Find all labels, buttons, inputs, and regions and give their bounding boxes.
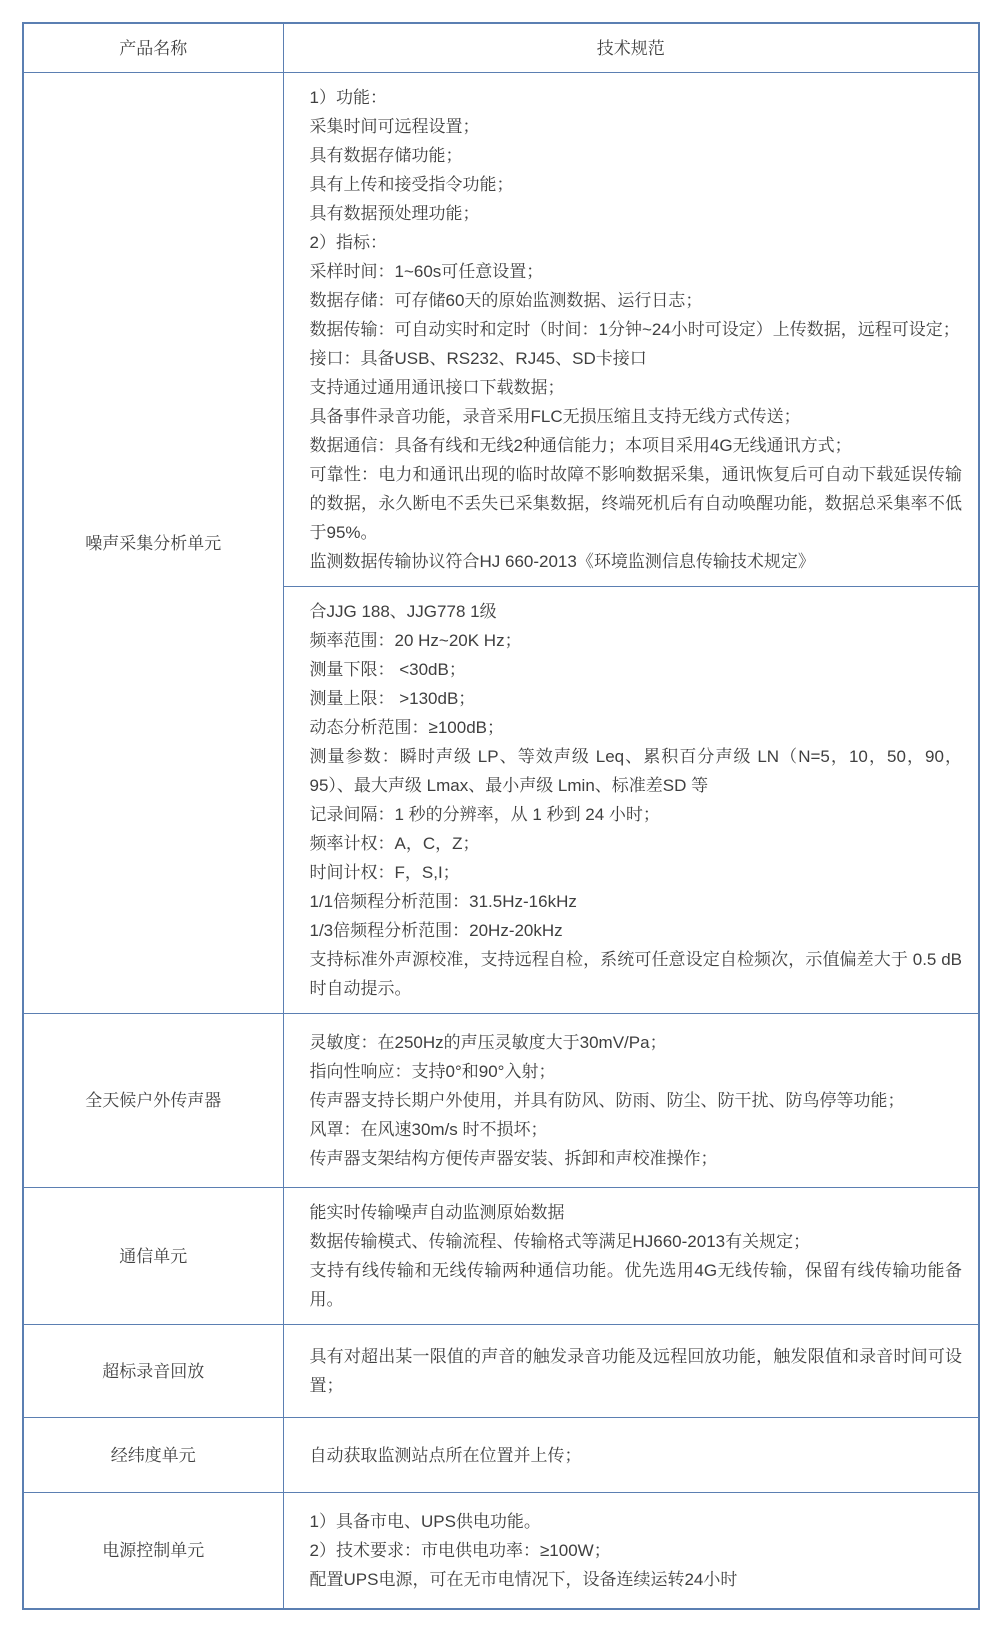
table-row: 噪声采集分析单元 1）功能： 采集时间可远程设置； 具有数据存储功能； 具有上传… [23, 73, 979, 587]
table-row: 经纬度单元 自动获取监测站点所在位置并上传； [23, 1418, 979, 1493]
spec-line: 能实时传输噪声自动监测原始数据 [310, 1198, 963, 1227]
spec-line: 具有对超出某一限值的声音的触发录音功能及远程回放功能，触发限值和录音时间可设置； [310, 1342, 963, 1400]
spec-line: 采样时间：1~60s可任意设置； [310, 257, 963, 286]
spec-line: 支持标准外声源校准，支持远程自检，系统可任意设定自检频次，示值偏差大于 0.5 … [310, 945, 963, 1003]
header-row: 产品名称 技术规范 [23, 23, 979, 73]
header-tech-spec: 技术规范 [283, 23, 979, 73]
spec-cell-power-control-unit: 1）具备市电、UPS供电功能。 2）技术要求：市电供电功率：≥100W； 配置U… [283, 1493, 979, 1610]
table-row: 超标录音回放 具有对超出某一限值的声音的触发录音功能及远程回放功能，触发限值和录… [23, 1325, 979, 1418]
spec-line: 测量上限： >130dB； [310, 684, 963, 713]
spec-line: 记录间隔：1 秒的分辨率，从 1 秒到 24 小时； [310, 800, 963, 829]
product-name-over-limit-recording: 超标录音回放 [23, 1325, 283, 1418]
spec-line: 数据传输模式、传输流程、传输格式等满足HJ660-2013有关规定； [310, 1227, 963, 1256]
spec-line: 测量下限： <30dB； [310, 655, 963, 684]
product-spec-table: 产品名称 技术规范 噪声采集分析单元 1）功能： 采集时间可远程设置； 具有数据… [22, 22, 980, 1610]
product-name-communication-unit: 通信单元 [23, 1188, 283, 1325]
spec-line: 可靠性：电力和通讯出现的临时故障不影响数据采集，通讯恢复后可自动下载延误传输的数… [310, 460, 963, 547]
spec-line: 2）技术要求：市电供电功率：≥100W； [310, 1536, 963, 1565]
table-body: 噪声采集分析单元 1）功能： 采集时间可远程设置； 具有数据存储功能； 具有上传… [23, 73, 979, 1610]
spec-line: 1）具备市电、UPS供电功能。 [310, 1507, 963, 1536]
spec-line: 灵敏度：在250Hz的声压灵敏度大于30mV/Pa； [310, 1028, 963, 1057]
spec-line: 时间计权：F，S,I； [310, 858, 963, 887]
product-name-noise-collection-unit: 噪声采集分析单元 [23, 73, 283, 1014]
spec-line: 具备事件录音功能，录音采用FLC无损压缩且支持无线方式传送； [310, 402, 963, 431]
product-name-gps-unit: 经纬度单元 [23, 1418, 283, 1493]
spec-line: 合JJG 188、JJG778 1级 [310, 597, 963, 626]
spec-line: 支持通过通用通讯接口下载数据； [310, 373, 963, 402]
spec-line: 风罩：在风速30m/s 时不损坏； [310, 1115, 963, 1144]
spec-cell-over-limit-recording: 具有对超出某一限值的声音的触发录音功能及远程回放功能，触发限值和录音时间可设置； [283, 1325, 979, 1418]
spec-cell-gps-unit: 自动获取监测站点所在位置并上传； [283, 1418, 979, 1493]
table-row: 电源控制单元 1）具备市电、UPS供电功能。 2）技术要求：市电供电功率：≥10… [23, 1493, 979, 1610]
header-product-name: 产品名称 [23, 23, 283, 73]
spec-line: 动态分析范围：≥100dB； [310, 713, 963, 742]
spec-cell-communication-unit: 能实时传输噪声自动监测原始数据 数据传输模式、传输流程、传输格式等满足HJ660… [283, 1188, 979, 1325]
spec-line: 配置UPS电源，可在无市电情况下，设备连续运转24小时 [310, 1565, 963, 1594]
spec-line: 具有上传和接受指令功能； [310, 170, 963, 199]
spec-line: 数据通信：具备有线和无线2种通信能力；本项目采用4G无线通讯方式； [310, 431, 963, 460]
spec-cell-noise-unit-metrics: 合JJG 188、JJG778 1级 频率范围：20 Hz~20K Hz； 测量… [283, 587, 979, 1014]
spec-line: 具有数据存储功能； [310, 141, 963, 170]
spec-line: 接口：具备USB、RS232、RJ45、SD卡接口 [310, 344, 963, 373]
spec-line: 采集时间可远程设置； [310, 112, 963, 141]
spec-cell-noise-unit-functions: 1）功能： 采集时间可远程设置； 具有数据存储功能； 具有上传和接受指令功能； … [283, 73, 979, 587]
spec-line: 支持有线传输和无线传输两种通信功能。优先选用4G无线传输，保留有线传输功能备用。 [310, 1256, 963, 1314]
spec-cell-outdoor-microphone: 灵敏度：在250Hz的声压灵敏度大于30mV/Pa； 指向性响应：支持0°和90… [283, 1014, 979, 1188]
spec-line: 频率范围：20 Hz~20K Hz； [310, 626, 963, 655]
spec-line: 指向性响应：支持0°和90°入射； [310, 1057, 963, 1086]
spec-line: 传声器支架结构方便传声器安装、拆卸和声校准操作； [310, 1144, 963, 1173]
spec-line: 具有数据预处理功能； [310, 199, 963, 228]
spec-line: 1/3倍频程分析范围：20Hz-20kHz [310, 916, 963, 945]
spec-line: 1）功能： [310, 83, 963, 112]
product-name-power-control-unit: 电源控制单元 [23, 1493, 283, 1610]
product-name-outdoor-microphone: 全天候户外传声器 [23, 1014, 283, 1188]
table-row: 全天候户外传声器 灵敏度：在250Hz的声压灵敏度大于30mV/Pa； 指向性响… [23, 1014, 979, 1188]
spec-line: 频率计权：A，C，Z； [310, 829, 963, 858]
spec-line: 监测数据传输协议符合HJ 660-2013《环境监测信息传输技术规定》 [310, 547, 963, 576]
spec-line: 自动获取监测站点所在位置并上传； [310, 1441, 963, 1470]
spec-line: 数据传输：可自动实时和定时（时间：1分钟~24小时可设定）上传数据，远程可设定； [310, 315, 963, 344]
spec-line: 测量参数：瞬时声级 LP、等效声级 Leq、累积百分声级 LN（N=5，10，5… [310, 742, 963, 800]
spec-line: 传声器支持长期户外使用，并具有防风、防雨、防尘、防干扰、防鸟停等功能； [310, 1086, 963, 1115]
table-header: 产品名称 技术规范 [23, 23, 979, 73]
table-row: 通信单元 能实时传输噪声自动监测原始数据 数据传输模式、传输流程、传输格式等满足… [23, 1188, 979, 1325]
spec-line: 2）指标： [310, 228, 963, 257]
spec-line: 1/1倍频程分析范围：31.5Hz-16kHz [310, 887, 963, 916]
spec-line: 数据存储：可存储60天的原始监测数据、运行日志； [310, 286, 963, 315]
